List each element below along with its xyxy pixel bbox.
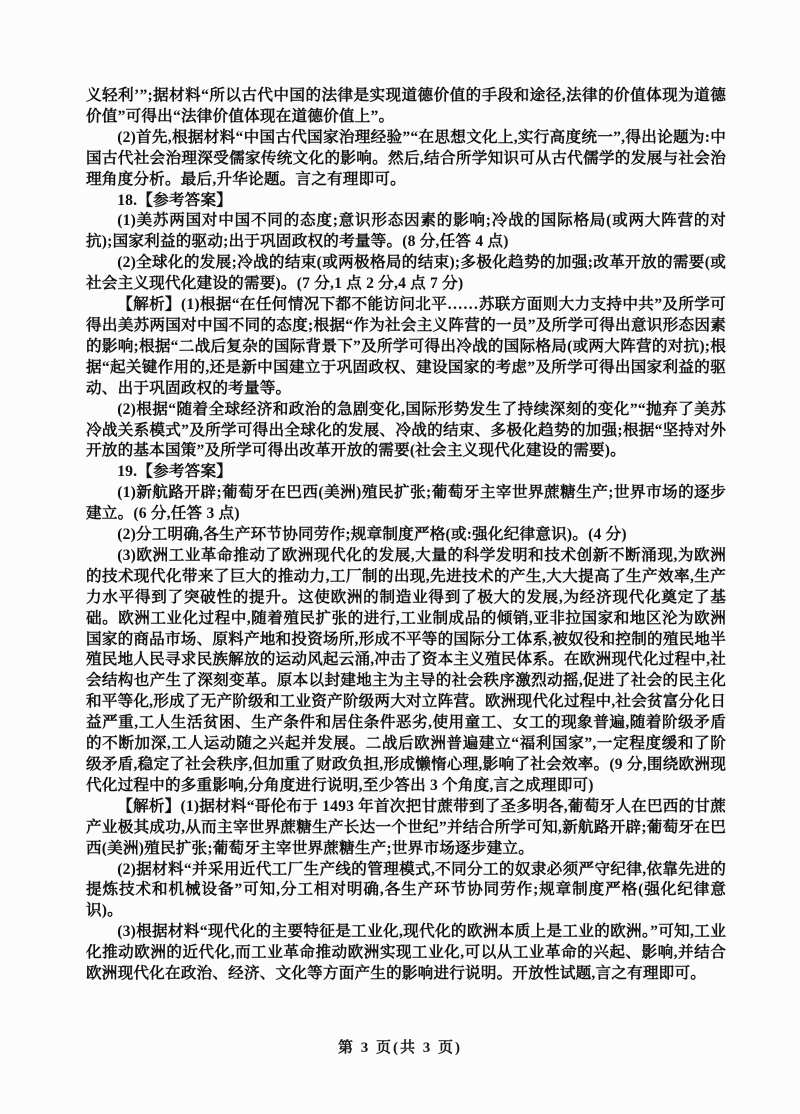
paragraph-text: (2)首先,根据材料“中国古代国家治理经验”“在思想文化上,实行高度统一”,得出… [86, 129, 726, 188]
paragraph-text: (1)根据“在任何情况下都不能访问北平……苏联方面则大力支持中共”及所学可得出美… [86, 296, 726, 397]
paragraph-text: (1)新航路开辟;葡萄牙在巴西(美洲)殖民扩张;葡萄牙主宰世界蔗糖生产;世界市场… [86, 484, 726, 522]
answer-header-q19: 19.【参考答案】 [86, 462, 726, 483]
paragraph-label: 18.【参考答案】 [117, 192, 232, 209]
paragraph-text: (2)全球化的发展;冷战的结束(或两极格局的结束);多极化趋势的加强;改革开放的… [86, 254, 726, 292]
paragraph: (2)全球化的发展;冷战的结束(或两极格局的结束);多极化趋势的加强;改革开放的… [86, 253, 726, 295]
paragraph-label: 19.【参考答案】 [117, 463, 232, 480]
paragraph-text: (2)根据“随着全球经济和政治的急剧变化,国际形势发生了持续深刻的变化”“抛弃了… [86, 401, 726, 460]
scanned-answer-page: 义轻利’”;据材料“所以古代中国的法律是实现道德价值的手段和途径,法律的价值体现… [0, 0, 800, 1114]
paragraph: (2)首先,根据材料“中国古代国家治理经验”“在思想文化上,实行高度统一”,得出… [86, 128, 726, 191]
page-number: 第 3 页(共 3 页) [0, 1036, 800, 1057]
paragraph-text: (2)据材料“并采用近代工厂生产线的管理模式,不同分工的奴隶必须严守纪律,依靠先… [86, 861, 726, 920]
paragraph: (1)美苏两国对中国不同的态度;意识形态因素的影响;冷战的国际格局(或两大阵营的… [86, 211, 726, 253]
paragraph: (2)分工明确,各生产环节协同劳作;规章制度严格(或:强化纪律意识)。(4 分) [86, 525, 726, 546]
paragraph-text: (3)根据材料“现代化的主要特征是工业化,现代化的欧洲本质上是工业的欧洲。”可知… [86, 923, 726, 982]
paragraph: 义轻利’”;据材料“所以古代中国的法律是实现道德价值的手段和途径,法律的价值体现… [86, 86, 726, 128]
analysis-q18: 【解析】(1)根据“在任何情况下都不能访问北平……苏联方面则大力支持中共”及所学… [86, 295, 726, 400]
paragraph: (2)据材料“并采用近代工厂生产线的管理模式,不同分工的奴隶必须严守纪律,依靠先… [86, 860, 726, 923]
paragraph-text: (3)欧洲工业革命推动了欧洲现代化的发展,大量的科学发明和技术创新不断涌现,为欧… [86, 547, 726, 794]
paragraph-text: (1)据材料“哥伦布于 1493 年首次把甘蔗带到了圣多明各,葡萄牙人在巴西的甘… [86, 798, 726, 857]
answer-header-q18: 18.【参考答案】 [86, 191, 726, 212]
paragraph: (3)欧洲工业革命推动了欧洲现代化的发展,大量的科学发明和技术创新不断涌现,为欧… [86, 546, 726, 797]
analysis-q19: 【解析】(1)据材料“哥伦布于 1493 年首次把甘蔗带到了圣多明各,葡萄牙人在… [86, 797, 726, 860]
paragraph: (2)根据“随着全球经济和政治的急剧变化,国际形势发生了持续深刻的变化”“抛弃了… [86, 400, 726, 463]
paragraph-text: (2)分工明确,各生产环节协同劳作;规章制度严格(或:强化纪律意识)。(4 分) [117, 526, 627, 543]
paragraph-text: (1)美苏两国对中国不同的态度;意识形态因素的影响;冷战的国际格局(或两大阵营的… [86, 212, 726, 250]
paragraph-label: 【解析】 [117, 296, 181, 313]
paragraph-label: 【解析】 [117, 798, 180, 815]
document-body: 义轻利’”;据材料“所以古代中国的法律是实现道德价值的手段和途径,法律的价值体现… [86, 86, 726, 985]
paragraph-text: 义轻利’”;据材料“所以古代中国的法律是实现道德价值的手段和途径,法律的价值体现… [86, 87, 726, 125]
paragraph: (3)根据材料“现代化的主要特征是工业化,现代化的欧洲本质上是工业的欧洲。”可知… [86, 922, 726, 985]
paragraph: (1)新航路开辟;葡萄牙在巴西(美洲)殖民扩张;葡萄牙主宰世界蔗糖生产;世界市场… [86, 483, 726, 525]
